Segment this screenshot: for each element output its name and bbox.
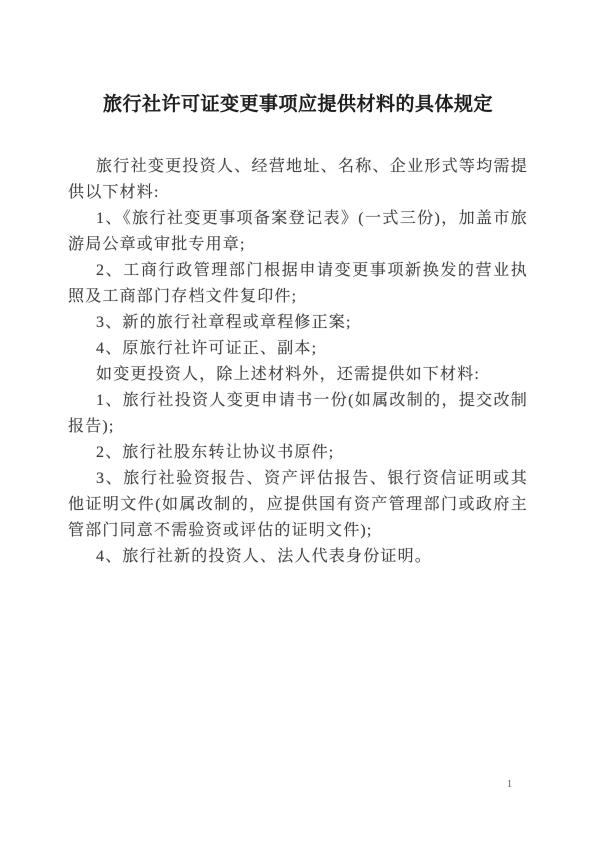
- paragraph: 2、旅行社股东转让协议书原件;: [68, 440, 528, 466]
- paragraph: 1、《旅行社变更事项备案登记表》(一式三份)，加盖市旅游局公章或审批专用章;: [68, 206, 528, 258]
- document-body: 旅行社变更投资人、经营地址、名称、企业形式等均需提供以下材料:1、《旅行社变更事…: [68, 154, 528, 570]
- paragraph: 1、旅行社投资人变更申请书一份(如属改制的，提交改制报告);: [68, 388, 528, 440]
- paragraph: 3、新的旅行社章程或章程修正案;: [68, 310, 528, 336]
- paragraph: 4、旅行社新的投资人、法人代表身份证明。: [68, 544, 528, 570]
- paragraph: 旅行社变更投资人、经营地址、名称、企业形式等均需提供以下材料:: [68, 154, 528, 206]
- paragraph: 3、旅行社验资报告、资产评估报告、银行资信证明或其他证明文件(如属改制的，应提供…: [68, 466, 528, 544]
- paragraph: 2、工商行政管理部门根据申请变更事项新换发的营业执照及工商部门存档文件复印件;: [68, 258, 528, 310]
- paragraph: 4、原旅行社许可证正、副本;: [68, 336, 528, 362]
- document-page: 旅行社许可证变更事项应提供材料的具体规定 旅行社变更投资人、经营地址、名称、企业…: [0, 0, 595, 842]
- document-content: 旅行社许可证变更事项应提供材料的具体规定 旅行社变更投资人、经营地址、名称、企业…: [68, 92, 528, 570]
- paragraph: 如变更投资人，除上述材料外，还需提供如下材料:: [68, 362, 528, 388]
- page-title: 旅行社许可证变更事项应提供材料的具体规定: [68, 92, 528, 118]
- page-number: 1: [507, 779, 512, 790]
